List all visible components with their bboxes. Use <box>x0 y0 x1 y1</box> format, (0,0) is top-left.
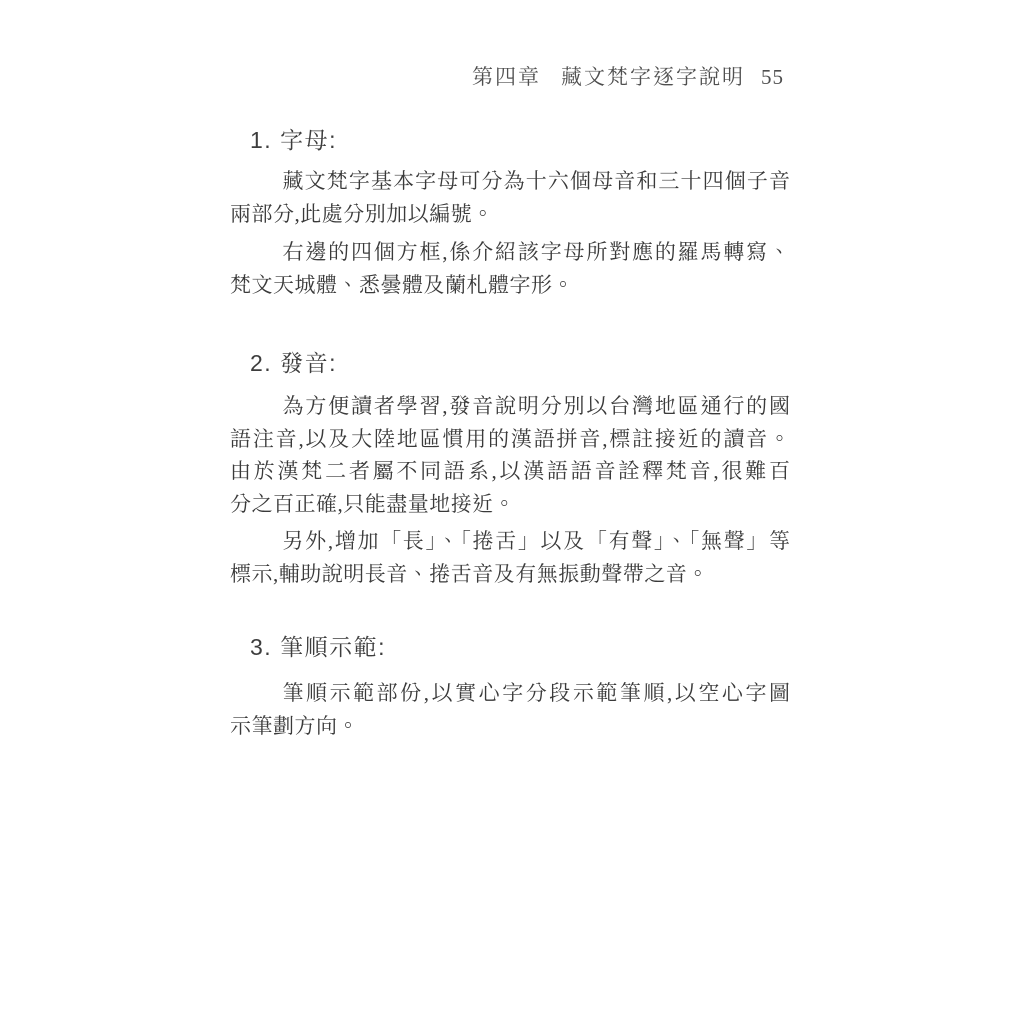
section-heading-2: 2. 發音: <box>250 348 337 378</box>
paragraph-line: 藏文梵字基本字母可分為十六個母音和三十四個子音 <box>230 165 790 198</box>
paragraph-line: 分之百正確,只能盡量地接近。 <box>230 488 790 521</box>
paragraph-line: 另外,增加「長」、「捲舌」以及「有聲」、「無聲」等 <box>230 525 790 558</box>
paragraph-line: 梵文天城體、悉曇體及蘭札體字形。 <box>230 269 790 302</box>
paragraph-line: 由於漢梵二者屬不同語系,以漢語語音詮釋梵音,很難百 <box>230 455 790 488</box>
chapter-title: 藏文梵字逐字說明 <box>561 65 745 89</box>
book-page: 第四章藏文梵字逐字說明55 1. 字母: 藏文梵字基本字母可分為十六個母音和三十… <box>0 0 1024 1024</box>
paragraph-line: 筆順示範部份,以實心字分段示範筆順,以空心字圖 <box>230 677 790 710</box>
paragraph-line: 為方便讀者學習,發音說明分別以台灣地區通行的國 <box>230 390 790 423</box>
paragraph-line: 示筆劃方向。 <box>230 710 790 743</box>
paragraph-line: 兩部分,此處分別加以編號。 <box>230 198 790 231</box>
paragraph: 藏文梵字基本字母可分為十六個母音和三十四個子音 兩部分,此處分別加以編號。 <box>230 165 790 230</box>
paragraph-line: 右邊的四個方框,係介紹該字母所對應的羅馬轉寫、 <box>230 236 790 269</box>
section-heading-3: 3. 筆順示範: <box>250 632 386 662</box>
paragraph: 為方便讀者學習,發音說明分別以台灣地區通行的國 語注音,以及大陸地區慣用的漢語拼… <box>230 390 790 520</box>
paragraph: 筆順示範部份,以實心字分段示範筆順,以空心字圖 示筆劃方向。 <box>230 677 790 742</box>
paragraph-line: 標示,輔助說明長音、捲舌音及有無振動聲帶之音。 <box>230 558 790 591</box>
paragraph: 右邊的四個方框,係介紹該字母所對應的羅馬轉寫、 梵文天城體、悉曇體及蘭札體字形。 <box>230 236 790 301</box>
running-header: 第四章藏文梵字逐字說明55 <box>472 64 784 90</box>
paragraph-line: 語注音,以及大陸地區慣用的漢語拼音,標註接近的讀音。 <box>230 423 790 456</box>
chapter-number: 第四章 <box>472 65 541 89</box>
page-number: 55 <box>761 65 784 89</box>
section-heading-1: 1. 字母: <box>250 125 337 155</box>
paragraph: 另外,增加「長」、「捲舌」以及「有聲」、「無聲」等 標示,輔助說明長音、捲舌音及… <box>230 525 790 590</box>
